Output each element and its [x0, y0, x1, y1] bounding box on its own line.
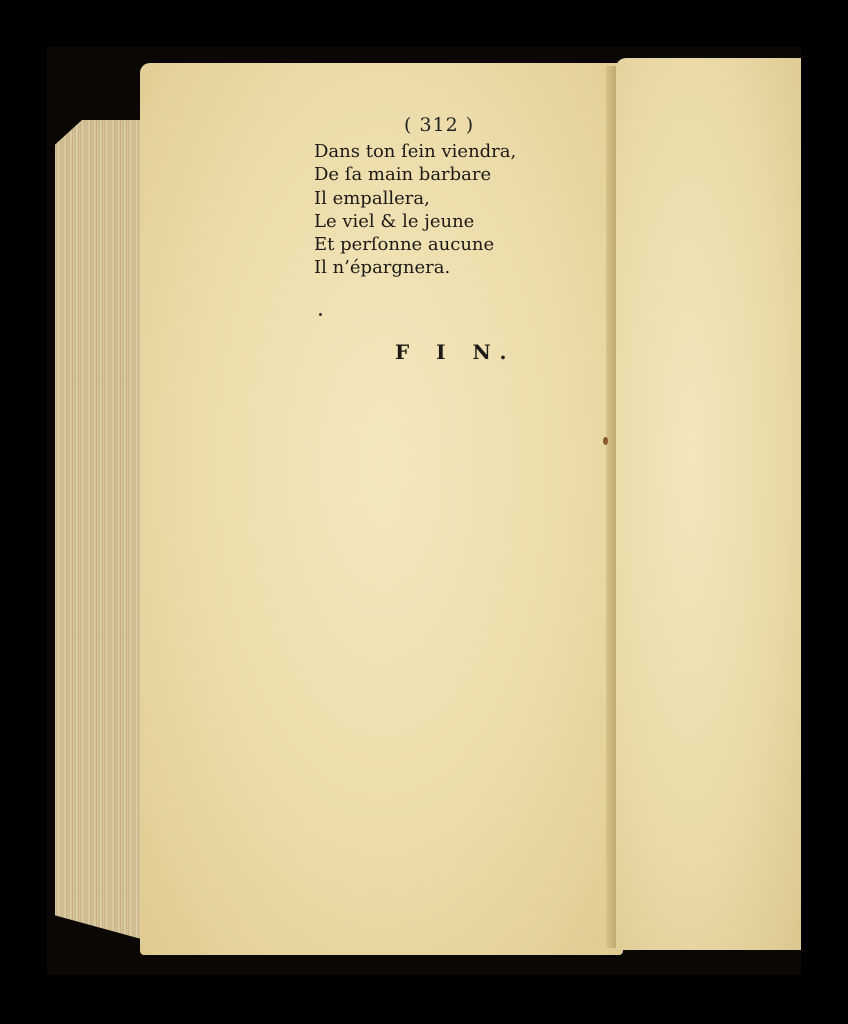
paper-stain: [603, 437, 608, 445]
verse-line: Il empallera,: [314, 187, 516, 210]
verse-block: Dans ton ſein viendra, De ſa main barbar…: [314, 140, 516, 280]
verse-line: Il n’épargnera.: [314, 256, 516, 279]
fin-heading: F I N.: [395, 340, 516, 364]
book-fore-edge: [55, 120, 145, 940]
right-page: [616, 58, 801, 950]
verse-line: De ſa main barbare: [314, 163, 516, 186]
page-number: ( 312 ): [404, 114, 474, 136]
verse-line: Dans ton ſein viendra,: [314, 140, 516, 163]
verse-line: Et perſonne aucune: [314, 233, 516, 256]
verse-line: Le viel & le jeune: [314, 210, 516, 233]
paper-stain: [319, 313, 322, 316]
